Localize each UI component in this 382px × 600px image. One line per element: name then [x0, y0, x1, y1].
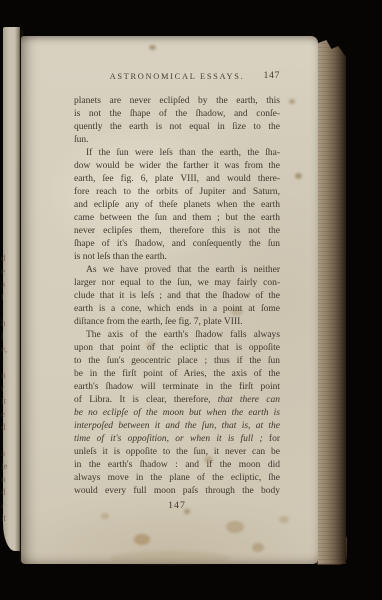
text-line: earth is a cone, which ends in a point a… — [74, 303, 280, 316]
fragment-letter: a — [1, 447, 11, 460]
facing-page-edge: deaf hle, nrſted aſendrit — [3, 27, 20, 551]
stain — [134, 534, 150, 545]
fragment-letter — [1, 304, 11, 317]
stain — [295, 173, 302, 179]
text-line: earth's ſhadow will terminate in the fir… — [74, 381, 280, 394]
fragment-letter — [1, 356, 11, 369]
book-page: ASTRONOMICAL ESSAYS. 147 planets are nev… — [21, 36, 318, 564]
text-line: unleſs it is oppoſite to the ſun, it nev… — [74, 446, 280, 459]
text-line: in the earth's ſhadow : and if the moon … — [74, 459, 280, 472]
fragment-letter: d — [1, 252, 11, 265]
fragment-letter: n — [1, 369, 11, 382]
stain — [101, 513, 109, 519]
stain — [111, 551, 231, 565]
fragment-letter: ſt — [1, 395, 11, 408]
text-line: upon that point of the ecliptic that is … — [74, 342, 280, 355]
stain — [279, 516, 289, 523]
text-line: is not leſs than the earth. — [74, 251, 280, 264]
text-line: larger nor equal to the ſun, we may fair… — [74, 277, 280, 290]
fragment-letter: r — [1, 382, 11, 395]
fragment-letter: a — [1, 278, 11, 291]
text-line: be in the firſt point of Aries, the axis… — [74, 368, 280, 381]
fragment-letter: d — [1, 486, 11, 499]
fragment-letter — [1, 434, 11, 447]
fragment-letter: n — [1, 473, 11, 486]
text-line: fore reach to the orbits of Jupiter and … — [74, 186, 280, 199]
text-line: to the ſun's geocentric place ; thus if … — [74, 355, 280, 368]
paragraph: The axis of the earth's ſhadow falls alw… — [74, 329, 280, 498]
text-line: ſhape of it's ſhadow, and conſequently t… — [74, 238, 280, 251]
fragment-letter: ſe — [1, 460, 11, 473]
text-line: never eclipſes them, therefore this is n… — [74, 225, 280, 238]
text-line: is not the ſhape of the ſhadow, and conſ… — [74, 108, 280, 121]
paragraph: If the ſun were leſs than the earth, the… — [74, 147, 280, 264]
text-line: quently the earth is not equal in ſize t… — [74, 121, 280, 134]
fragment-letter: r — [1, 499, 11, 512]
stain — [226, 521, 244, 533]
text-line: planets are never eclipſed by the earth,… — [74, 95, 280, 108]
fragment-letter: e, — [1, 343, 11, 356]
fragment-letter: e — [1, 265, 11, 278]
facing-page-fragments: deaf hle, nrſted aſendrit — [1, 239, 11, 525]
text-line: came between the ſun and them ; but the … — [74, 212, 280, 225]
text-line: diſtance from the earth, ſee fig. 7, pla… — [74, 316, 280, 329]
text-line: interpoſed between it and the ſun, that … — [74, 420, 280, 433]
text-line: and eclipſe any of theſe planets when th… — [74, 199, 280, 212]
folio-page-number: 147 — [74, 500, 280, 511]
text-line: clude that it is leſs ; and that the ſha… — [74, 290, 280, 303]
fragment-letter: e — [1, 408, 11, 421]
paragraph: As we have proved that the earth is neit… — [74, 264, 280, 329]
stain — [149, 45, 156, 50]
paragraph: planets are never eclipſed by the earth,… — [74, 95, 280, 147]
running-head: ASTRONOMICAL ESSAYS. 147 — [74, 71, 280, 84]
text-line: would every full moon paſs through the b… — [74, 485, 280, 498]
fragment-letter: l — [1, 330, 11, 343]
text-line: always move in the plane of the ecliptic… — [74, 472, 280, 485]
stain — [289, 99, 295, 104]
book-photo: deaf hle, nrſted aſendrit ASTRONOMICAL E… — [0, 0, 382, 600]
text-block: planets are never eclipſed by the earth,… — [74, 95, 280, 498]
text-line: As we have proved that the earth is neit… — [74, 264, 280, 277]
text-line: time of it's oppoſition, or when it is f… — [74, 433, 280, 446]
text-line: If the ſun were leſs than the earth, the… — [74, 147, 280, 160]
running-head-title: ASTRONOMICAL ESSAYS. — [110, 72, 245, 81]
running-head-page-number: 147 — [264, 70, 281, 81]
text-line: earth, ſee fig. 6, plate VIII, and would… — [74, 173, 280, 186]
text-line: The axis of the earth's ſhadow falls alw… — [74, 329, 280, 342]
stain — [252, 543, 264, 552]
text-line: ſun. — [74, 134, 280, 147]
text-line: be no eclipſe of the moon but when the e… — [74, 407, 280, 420]
text-line: of Libra. It is clear, therefore, that t… — [74, 394, 280, 407]
text-line: dow would be wider the farther it was fr… — [74, 160, 280, 173]
fore-edge-page-stack — [318, 40, 346, 564]
fragment-letter: it — [1, 512, 11, 525]
fragment-letter: h — [1, 317, 11, 330]
fragment-letter — [1, 239, 11, 252]
fragment-letter: d — [1, 421, 11, 434]
fragment-letter: f — [1, 291, 11, 304]
